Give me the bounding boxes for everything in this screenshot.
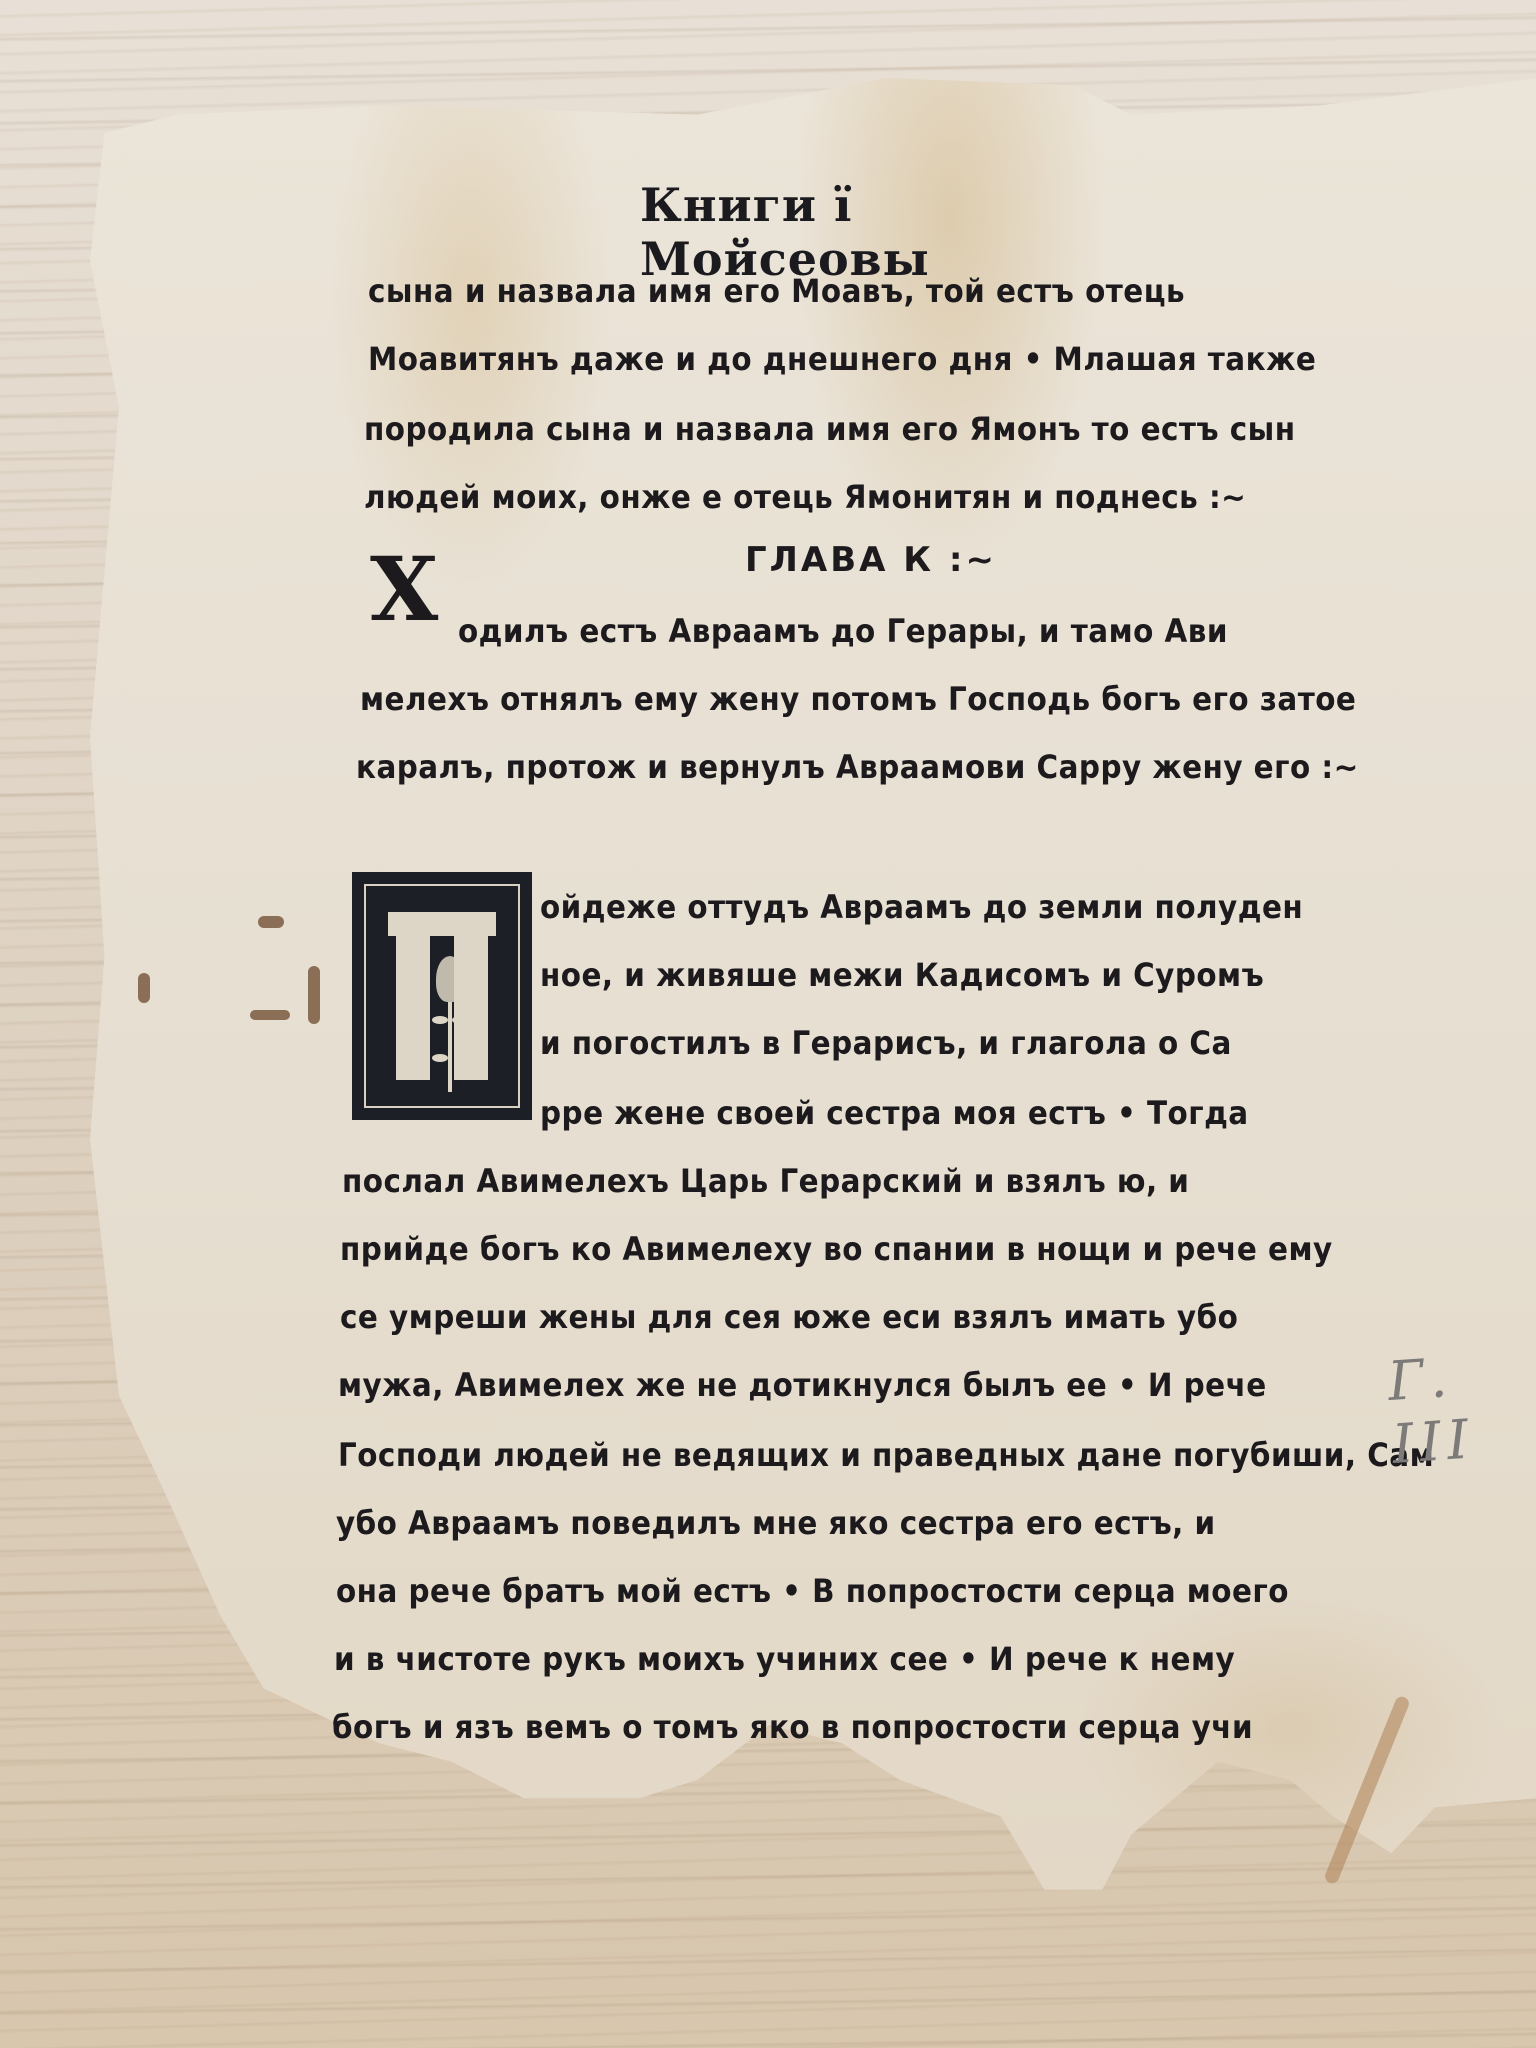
text-line-5: одилъ естъ Авраамъ до Герары, и тамо Ави bbox=[458, 612, 1228, 650]
text-line-7: каралъ, протож и вернулъ Авраамови Сарру… bbox=[356, 748, 1359, 786]
initial-frame bbox=[364, 884, 520, 1108]
text-line-20: богъ и язъ вемъ о томъ яко в попростости… bbox=[332, 1708, 1253, 1746]
wormhole bbox=[258, 916, 284, 928]
clover-flower-icon bbox=[436, 956, 464, 1002]
text-line-11: рре жене своей сестра моя естъ • Тогда bbox=[540, 1094, 1249, 1132]
text-line-16: Господи людей не ведящих и праведных дан… bbox=[338, 1436, 1434, 1474]
text-line-1: сына и назвала имя его Моавъ, той естъ о… bbox=[368, 272, 1185, 310]
text-line-3: породила сына и назвала имя его Ямонъ то… bbox=[364, 410, 1296, 448]
text-line-6: мелехъ отнялъ ему жену потомъ Господь бо… bbox=[360, 680, 1356, 718]
leaf-icon bbox=[432, 1054, 448, 1062]
chapter-heading: ГЛАВА К :~ bbox=[745, 540, 997, 580]
leaf-icon bbox=[432, 1016, 448, 1024]
initial-letter-left-stem bbox=[396, 926, 430, 1080]
text-line-19: и в чистоте рукъ моихъ учиних сее • И ре… bbox=[334, 1640, 1235, 1678]
wormhole bbox=[138, 973, 150, 1003]
floral-stem-icon bbox=[448, 1002, 452, 1092]
text-line-2: Моавитянъ даже и до днешнего дня • Млаша… bbox=[368, 340, 1316, 378]
text-line-8: ойдеже оттудъ Авраамъ до земли полуден bbox=[540, 888, 1303, 926]
text-line-9: ное, и живяше межи Кадисомъ и Суромъ bbox=[540, 956, 1264, 994]
leaf-icon bbox=[452, 1016, 468, 1024]
text-line-18: она рече братъ мой естъ • В попростости … bbox=[336, 1572, 1289, 1610]
text-line-4: людей моих, онже е отець Ямонитян и подн… bbox=[364, 478, 1246, 516]
text-line-14: се умреши жены для сея юже еси взялъ има… bbox=[340, 1298, 1238, 1336]
text-line-12: послал Авимелехъ Царь Герарский и взялъ … bbox=[342, 1162, 1189, 1200]
running-head: Книги ї Мойсеовы bbox=[640, 178, 1100, 286]
text-line-15: мужа, Авимелех же не дотикнулся былъ ее … bbox=[338, 1366, 1267, 1404]
text-line-13: прийде богъ ко Авимелеху во спании в нощ… bbox=[340, 1230, 1333, 1268]
wormhole bbox=[250, 1010, 290, 1020]
initial-letter-right-stem bbox=[454, 926, 488, 1080]
drop-cap-initial-x: Х bbox=[370, 545, 438, 633]
wormhole bbox=[308, 966, 320, 1024]
text-line-17: убо Авраамъ поведилъ мне яко сестра его … bbox=[336, 1504, 1216, 1542]
ornamental-initial-p bbox=[352, 872, 532, 1120]
text-line-10: и погостилъ в Герарисъ, и глагола о Са bbox=[540, 1024, 1232, 1062]
leaf-icon bbox=[454, 1066, 470, 1074]
pencil-margin-annotation: Г. III bbox=[1386, 1340, 1536, 1476]
